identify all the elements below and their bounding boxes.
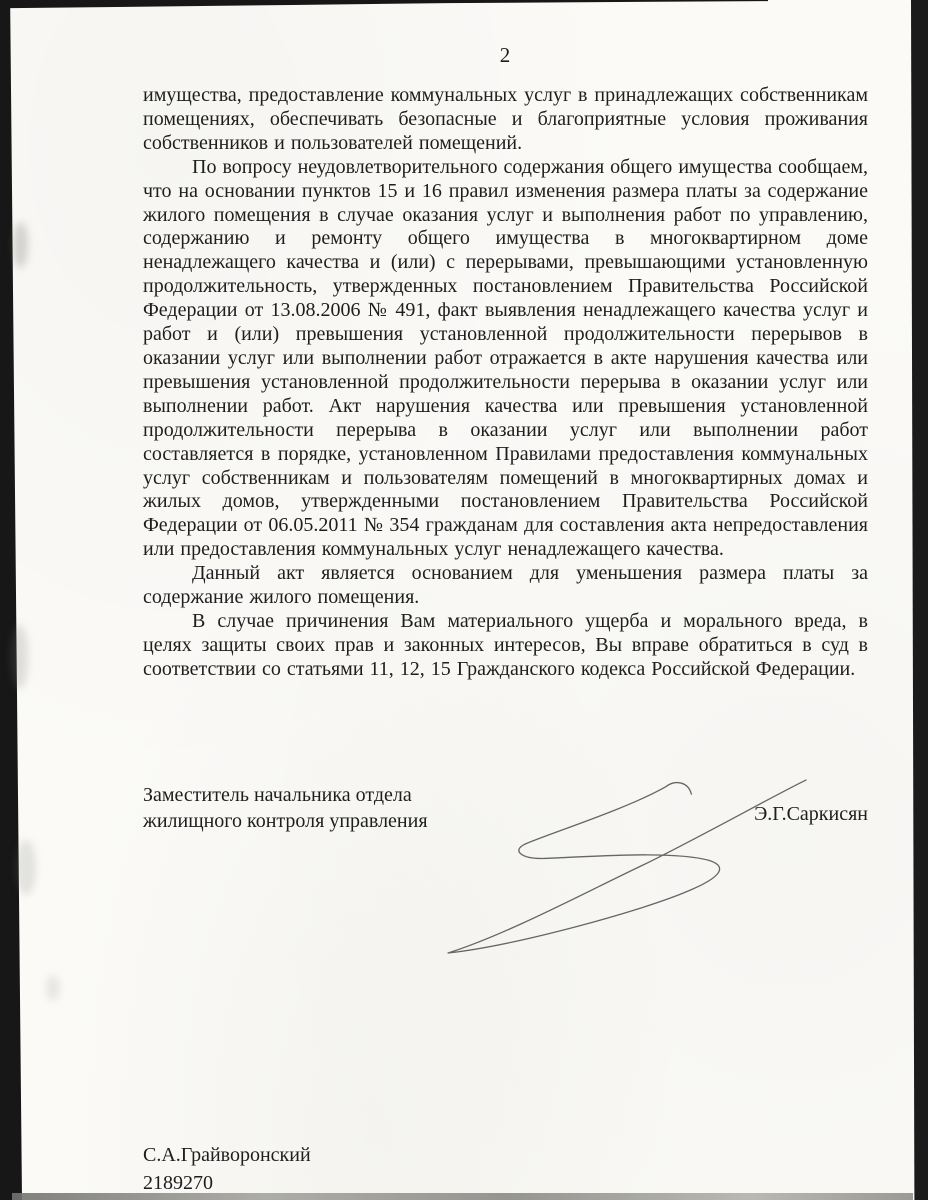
letter-paragraph: Данный акт является основанием для умень…: [143, 562, 868, 610]
executor-phone: 2189270: [143, 1169, 311, 1197]
scan-edge-left: [0, 0, 22, 1200]
handwritten-signature-mark: [438, 770, 810, 956]
letter-paragraph: имущества, предоставление коммунальных у…: [143, 84, 868, 156]
letter-content: 2 имущества, предоставление коммунальных…: [143, 0, 868, 1200]
scan-smudge: [13, 222, 28, 268]
letter-body: имущества, предоставление коммунальных у…: [143, 84, 868, 682]
page-number: 2: [143, 43, 868, 68]
scan-smudge: [16, 840, 36, 895]
scan-smudge: [11, 625, 28, 689]
scan-smudge: [46, 975, 60, 1001]
executor-name: С.А.Грайворонский: [143, 1141, 311, 1169]
signoff-signer-name: Э.Г.Саркисян: [754, 803, 868, 826]
letter-paragraph: В случае причинения Вам материального ущ…: [143, 610, 868, 682]
scanned-letter-page: 2 имущества, предоставление коммунальных…: [0, 0, 928, 1200]
letter-paragraph: По вопросу неудовлетворительного содержа…: [143, 156, 868, 562]
executor-block: С.А.Грайворонский 2189270: [143, 1141, 311, 1197]
scan-edge-right: [911, 0, 928, 1200]
